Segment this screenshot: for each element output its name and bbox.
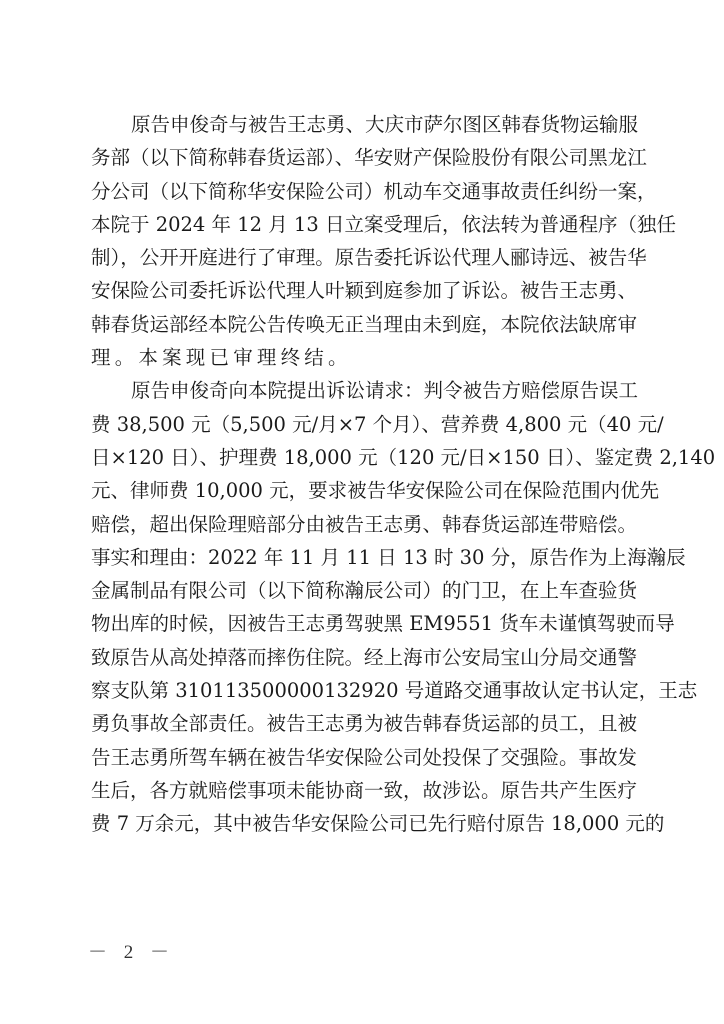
text-line: 元、律师费 10,000 元，要求被告华安保险公司在保险范围内优先 (91, 474, 637, 507)
page-number: － 2 － (88, 937, 175, 964)
text-line: 费 7 万余元，其中被告华安保险公司已先行赔付原告 18,000 元的 (91, 807, 637, 840)
text-line: 生后，各方就赔偿事项未能协商一致，故涉讼。原告共产生医疗 (91, 774, 637, 807)
text-line: 赔偿，超出保险理赔部分由被告王志勇、韩春货运部连带赔偿。 (91, 508, 637, 541)
text-line: 分公司（以下简称华安保险公司）机动车交通事故责任纠纷一案， (91, 175, 637, 208)
text-line: 理。本案现已审理终结。 (91, 341, 637, 374)
text-line: 本院于 2024 年 12 月 13 日立案受理后，依法转为普通程序（独任 (91, 208, 637, 241)
text-line: 务部（以下简称韩春货运部）、华安财产保险股份有限公司黑龙江 (91, 141, 637, 174)
text-line: 费 38,500 元（5,500 元/月×7 个月）、营养费 4,800 元（4… (91, 408, 637, 441)
text-line: 勇负事故全部责任。被告王志勇为被告韩春货运部的员工，且被 (91, 707, 637, 740)
text-line: 物出库的时候，因被告王志勇驾驶黑 EM9551 货车未谨慎驾驶而导 (91, 607, 637, 640)
text-line: 金属制品有限公司（以下简称瀚辰公司）的门卫，在上车查验货 (91, 574, 637, 607)
text-line: 察支队第 310113500000132920 号道路交通事故认定书认定，王志 (91, 674, 637, 707)
text-line: 致原告从高处掉落而摔伤住院。经上海市公安局宝山分局交通警 (91, 641, 637, 674)
text-line: 原告申俊奇与被告王志勇、大庆市萨尔图区韩春货物运输服 (91, 108, 637, 141)
document-page: 原告申俊奇与被告王志勇、大庆市萨尔图区韩春货物运输服 务部（以下简称韩春货运部）… (0, 0, 724, 1024)
text-line: 事实和理由：2022 年 11 月 11 日 13 时 30 分，原告作为上海瀚… (91, 541, 637, 574)
text-line: 原告申俊奇向本院提出诉讼请求：判令被告方赔偿原告误工 (91, 374, 637, 407)
text-line: 韩春货运部经本院公告传唤无正当理由未到庭，本院依法缺席审 (91, 308, 637, 341)
text-line: 日×120 日）、护理费 18,000 元（120 元/日×150 日）、鉴定费… (91, 441, 637, 474)
text-line: 安保险公司委托诉讼代理人叶颖到庭参加了诉讼。被告王志勇、 (91, 274, 637, 307)
text-line: 告王志勇所驾车辆在被告华安保险公司处投保了交强险。事故发 (91, 741, 637, 774)
document-body: 原告申俊奇与被告王志勇、大庆市萨尔图区韩春货物运输服 务部（以下简称韩春货运部）… (91, 108, 637, 841)
text-line: 制），公开开庭进行了审理。原告委托诉讼代理人郦诗远、被告华 (91, 241, 637, 274)
